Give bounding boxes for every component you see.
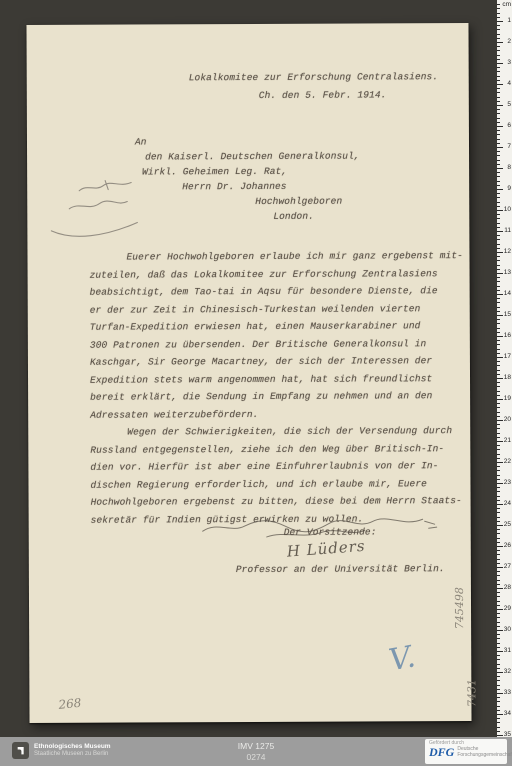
ruler-number: 29 — [504, 606, 511, 612]
ruler-number: 32 — [504, 669, 511, 675]
ruler-tick — [497, 50, 500, 51]
ruler-number: 25 — [504, 522, 511, 528]
ruler-tick — [497, 596, 500, 597]
ruler-tick — [497, 634, 500, 635]
ruler-tick — [497, 722, 500, 723]
ruler-tick — [497, 735, 503, 736]
ruler-tick — [497, 559, 500, 560]
ruler-tick — [497, 21, 503, 22]
ruler-tick — [497, 630, 503, 631]
ruler-tick — [497, 80, 500, 81]
ruler-tick — [497, 655, 500, 656]
ruler-number: 8 — [507, 165, 511, 171]
letterhead-organization: Lokalkomitee zur Erforschung Centralasie… — [189, 71, 438, 83]
ruler-tick — [497, 672, 503, 673]
ruler-number: 6 — [507, 123, 511, 129]
body-line: dien vor. Hierfür ist aber eine Einfuhre… — [90, 457, 461, 476]
ruler-tick — [497, 256, 500, 257]
ruler-tick — [497, 227, 500, 228]
ruler-tick — [497, 8, 500, 9]
ruler-tick — [497, 260, 500, 261]
ruler-tick — [497, 134, 500, 135]
body-line: Expedition stets warm angenommen hat, ha… — [90, 370, 464, 389]
ruler-tick — [497, 609, 503, 610]
ruler-tick — [497, 319, 500, 320]
ruler-number: 19 — [504, 396, 511, 402]
ruler-tick — [497, 428, 500, 429]
ruler-tick — [497, 265, 500, 266]
ruler-tick — [497, 542, 500, 543]
ruler-number: 24 — [504, 501, 511, 507]
ruler-tick — [497, 521, 500, 522]
ruler-number: 2 — [507, 39, 511, 45]
ruler-tick — [497, 563, 500, 564]
ruler-tick — [497, 374, 500, 375]
ruler-tick — [497, 126, 503, 127]
ruler-tick — [497, 622, 500, 623]
recipient-line: den Kaiserl. Deutschen Generalkonsul, — [145, 151, 360, 163]
ruler-number: 26 — [504, 543, 511, 549]
ruler-tick — [497, 302, 500, 303]
ruler-tick — [497, 403, 500, 404]
ruler-tick — [497, 546, 503, 547]
ruler-tick — [497, 294, 503, 295]
ruler-tick — [497, 349, 500, 350]
pencil-margin-note — [45, 174, 150, 259]
ruler-tick — [497, 193, 500, 194]
ruler-tick — [497, 382, 500, 383]
ruler-tick — [497, 626, 500, 627]
ruler-number: 21 — [504, 438, 511, 444]
ruler-tick — [497, 235, 500, 236]
ruler-tick — [497, 554, 500, 555]
ruler-tick — [497, 588, 503, 589]
blue-crayon-mark: V. — [386, 639, 418, 678]
ruler-tick — [497, 210, 503, 211]
ruler-tick — [497, 181, 500, 182]
ruler-tick — [497, 13, 500, 14]
ruler-tick — [497, 538, 500, 539]
ruler-tick — [497, 470, 500, 471]
ruler-tick — [497, 34, 500, 35]
ruler-tick — [497, 361, 500, 362]
ruler-number: 10 — [504, 207, 511, 213]
ruler-tick — [497, 584, 500, 585]
ruler-tick — [497, 307, 500, 308]
body-line: beabsichtigt, dem Tao-tai in Aqsu für be… — [90, 282, 464, 301]
ruler-tick — [497, 4, 500, 5]
ruler-tick — [497, 118, 500, 119]
ruler-tick — [497, 714, 503, 715]
ruler-tick — [497, 643, 500, 644]
ruler-tick — [497, 437, 500, 438]
ruler-number: 16 — [504, 333, 511, 339]
ruler-tick — [497, 17, 500, 18]
ruler-tick — [497, 92, 500, 93]
ruler-number: 3 — [507, 60, 511, 66]
ruler-tick — [497, 701, 500, 702]
ruler-tick — [497, 550, 500, 551]
ruler-tick — [497, 517, 500, 518]
ruler-tick — [497, 685, 500, 686]
ruler-tick — [497, 239, 500, 240]
dfg-logo: DFG — [429, 746, 454, 759]
ruler-number: 9 — [507, 186, 511, 192]
ruler-number: 23 — [504, 480, 511, 486]
ruler-number: 5 — [507, 102, 511, 108]
funding-credit: Gefördert durch DFG Deutsche Forschungsg… — [425, 739, 507, 764]
ruler-tick — [497, 697, 500, 698]
ruler-number: 22 — [504, 459, 511, 465]
ruler-tick — [497, 332, 500, 333]
ruler-tick — [497, 42, 503, 43]
ruler-number: 1 — [507, 18, 511, 24]
ruler-tick — [497, 710, 500, 711]
ruler-tick — [497, 512, 500, 513]
ruler-tick — [497, 168, 503, 169]
ruler-tick — [497, 286, 500, 287]
ruler-tick — [497, 458, 500, 459]
ruler-tick — [497, 269, 500, 270]
ruler-tick — [497, 139, 500, 140]
ruler-tick — [497, 454, 500, 455]
ruler-number: 12 — [504, 249, 511, 255]
ruler-number: 15 — [504, 312, 511, 318]
ruler-number: 31 — [504, 648, 511, 654]
ruler-tick — [497, 617, 500, 618]
ruler-tick — [497, 311, 500, 312]
ruler-tick — [497, 500, 500, 501]
ruler-tick — [497, 475, 500, 476]
ruler-number: 30 — [504, 627, 511, 633]
ruler-tick — [497, 462, 503, 463]
ruler-number: 18 — [504, 375, 511, 381]
ruler-tick — [497, 659, 500, 660]
body-line: zuteilen, daß das Lokalkomitee zur Erfor… — [90, 265, 464, 284]
ruler-tick — [497, 202, 500, 203]
ruler-tick — [497, 651, 503, 652]
ruler-tick — [497, 147, 503, 148]
ruler-unit-label: cm — [502, 1, 511, 8]
ruler-tick — [497, 357, 503, 358]
pencil-number-vertical: 7431 — [465, 679, 478, 707]
ruler-tick — [497, 370, 500, 371]
ruler-tick — [497, 84, 503, 85]
ruler-number: 20 — [504, 417, 511, 423]
ruler-tick — [497, 466, 500, 467]
ruler-tick — [497, 706, 500, 707]
ruler-tick — [497, 727, 500, 728]
ruler-tick — [497, 575, 500, 576]
ruler-tick — [497, 67, 500, 68]
ruler-tick — [497, 155, 500, 156]
body-line: Turfan-Expedition erwiesen hat, einen Ma… — [90, 317, 464, 336]
body-line: Wegen der Schwierigkeiten, die sich der … — [90, 422, 461, 441]
ruler-tick — [497, 323, 500, 324]
ruler-tick — [497, 164, 500, 165]
ruler-tick — [497, 231, 503, 232]
pencil-number-vertical: 745498 — [453, 587, 466, 629]
ruler-tick — [497, 105, 503, 106]
ruler-tick — [497, 248, 500, 249]
ruler-tick — [497, 340, 500, 341]
ruler-tick — [497, 88, 500, 89]
recipient-line: Wirkl. Geheimen Leg. Rat, — [142, 166, 287, 178]
ruler-number: 27 — [504, 564, 511, 570]
ruler-tick — [497, 59, 500, 60]
ruler-tick — [497, 592, 500, 593]
body-line: dischen Regierung erforderlich, und ich … — [90, 475, 461, 494]
ruler-tick — [497, 525, 503, 526]
ruler-tick — [497, 71, 500, 72]
ruler-tick — [497, 689, 500, 690]
ruler-tick — [497, 487, 500, 488]
signer-title: Professor an der Universität Berlin. — [236, 563, 445, 575]
pencil-number-bottom-left: 268 — [58, 696, 82, 712]
ruler-number: 14 — [504, 291, 511, 297]
letter-page: Lokalkomitee zur Erforschung Centralasie… — [26, 23, 471, 723]
body-line: 300 Patronen zu übersenden. Der Britisch… — [90, 335, 464, 354]
ruler-tick — [497, 496, 500, 497]
letterhead-place-date: Ch. den 5. Febr. 1914. — [259, 89, 387, 101]
body-line: Adressaten weiterzubefördern. — [90, 405, 464, 424]
ruler-tick — [497, 214, 500, 215]
ruler-tick — [497, 151, 500, 152]
ruler-tick — [497, 449, 500, 450]
ruler-tick — [497, 638, 500, 639]
recipient-line: Herrn Dr. Johannes — [182, 181, 286, 192]
body-line: Hochwohlgeboren ergebenst zu bitten, die… — [91, 492, 462, 511]
ruler-tick — [497, 399, 503, 400]
ruler-tick — [497, 567, 503, 568]
ruler-tick — [497, 483, 503, 484]
ruler-tick — [497, 176, 500, 177]
ruler-tick — [497, 290, 500, 291]
ruler-tick — [497, 344, 500, 345]
ruler-tick — [497, 395, 500, 396]
ruler-number: 28 — [504, 585, 511, 591]
ruler-tick — [497, 479, 500, 480]
ruler-tick — [497, 386, 500, 387]
body-paragraph-1: Euerer Hochwohlgeboren erlaube ich mir g… — [89, 247, 463, 424]
ruler-tick — [497, 533, 500, 534]
ruler-tick — [497, 97, 500, 98]
ruler-tick — [497, 197, 500, 198]
ruler-tick — [497, 336, 503, 337]
ruler-tick — [497, 433, 500, 434]
ruler-tick — [497, 172, 500, 173]
ruler-tick — [497, 504, 503, 505]
ruler-tick — [497, 25, 500, 26]
ruler-tick — [497, 601, 500, 602]
ruler-tick — [497, 29, 500, 30]
ruler-tick — [497, 605, 500, 606]
ruler-tick — [497, 298, 500, 299]
ruler-tick — [497, 378, 503, 379]
ruler-tick — [497, 647, 500, 648]
ruler-number: 4 — [507, 81, 511, 87]
ruler-number: 13 — [504, 270, 511, 276]
body-line: Euerer Hochwohlgeboren erlaube ich mir g… — [89, 247, 463, 266]
ruler-tick — [497, 109, 500, 110]
ruler-tick — [497, 101, 500, 102]
body-line: Kaschgar, Sir George Macartney, der sich… — [90, 352, 464, 371]
ruler-tick — [497, 46, 500, 47]
ruler-tick — [497, 328, 500, 329]
ruler-tick — [497, 508, 500, 509]
ruler-tick — [497, 160, 500, 161]
ruler-tick — [497, 668, 500, 669]
ruler-tick — [497, 273, 503, 274]
ruler-tick — [497, 277, 500, 278]
ruler-number: 33 — [504, 690, 511, 696]
ruler-tick — [497, 491, 500, 492]
archive-scan-viewer: Lokalkomitee zur Erforschung Centralasie… — [0, 0, 512, 766]
ruler-tick — [497, 731, 500, 732]
ruler-tick — [497, 38, 500, 39]
ruler-tick — [497, 664, 500, 665]
ruler-tick — [497, 206, 500, 207]
ruler-tick — [497, 693, 503, 694]
ruler-tick — [497, 718, 500, 719]
ruler-tick — [497, 252, 503, 253]
funding-name: Forschungsgemeinschaft — [457, 753, 512, 759]
body-line: er der zur Zeit in Chinesisch-Turkestan … — [90, 300, 464, 319]
ruler-tick — [497, 416, 500, 417]
ruler-tick — [497, 445, 500, 446]
ruler-tick — [497, 143, 500, 144]
footer-bar: Ethnologisches Museum Staatliche Museen … — [0, 737, 512, 766]
ruler-number: 11 — [504, 228, 511, 234]
ruler-tick — [497, 441, 503, 442]
ruler-tick — [497, 420, 503, 421]
recipient-line: An — [135, 136, 147, 147]
body-line: Russland entgegenstellen, ziehe ich den … — [90, 440, 461, 459]
ruler-tick — [497, 244, 500, 245]
recipient-line: Hochwohlgeboren — [255, 196, 342, 207]
ruler-tick — [497, 353, 500, 354]
body-line: bereit erklärt, die Sendung in Empfang z… — [90, 387, 464, 406]
ruler-tick — [497, 391, 500, 392]
ruler-tick — [497, 407, 500, 408]
ruler-tick — [497, 580, 500, 581]
ruler-tick — [497, 130, 500, 131]
ruler-tick — [497, 281, 500, 282]
ruler-number: 34 — [504, 711, 511, 717]
ruler-tick — [497, 424, 500, 425]
ruler-tick — [497, 55, 500, 56]
ruler-tick — [497, 613, 500, 614]
ruler-tick — [497, 412, 500, 413]
ruler-number: 17 — [504, 354, 511, 360]
ruler-tick — [497, 189, 503, 190]
ruler-tick — [497, 571, 500, 572]
ruler-tick — [497, 680, 500, 681]
ruler-tick — [497, 122, 500, 123]
ruler-tick — [497, 113, 500, 114]
ruler-tick — [497, 365, 500, 366]
ruler-tick — [497, 185, 500, 186]
ruler-tick — [497, 315, 503, 316]
ruler-tick — [497, 76, 500, 77]
ruler-tick — [497, 223, 500, 224]
ruler-tick — [497, 218, 500, 219]
recipient-line: London. — [273, 211, 314, 222]
ruler-tick — [497, 676, 500, 677]
ruler-tick — [497, 529, 500, 530]
ruler-tick — [497, 63, 503, 64]
ruler-number: 7 — [507, 144, 511, 150]
ruler: cm 1234567891011121314151617181920212223… — [497, 0, 512, 740]
